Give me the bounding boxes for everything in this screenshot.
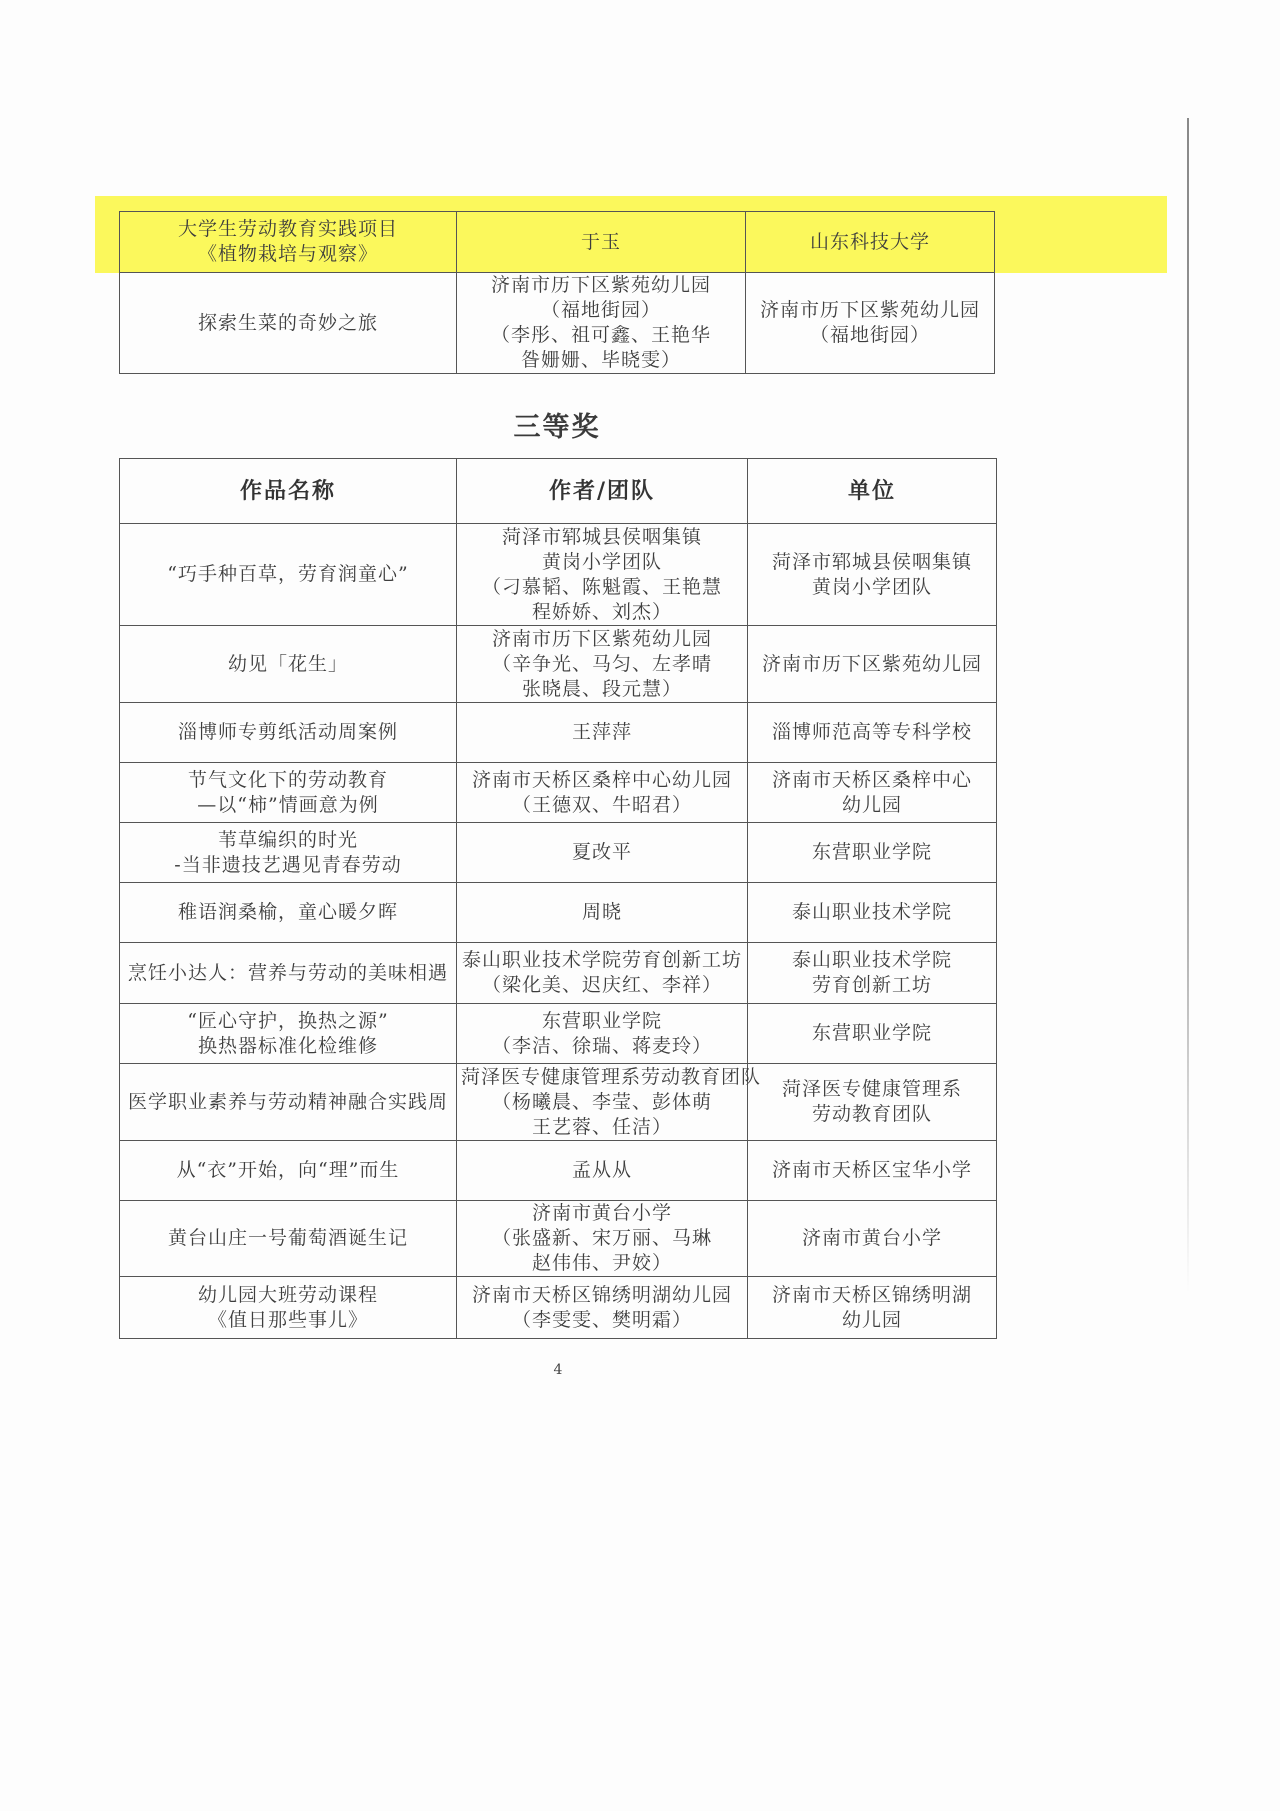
- cell-text-line: （李雯雯、樊明霜）: [461, 1308, 743, 1333]
- cell-text-line: （辛争光、马匀、左孝晴: [461, 652, 743, 677]
- cell-text-line: -当非遗技艺遇见青春劳动: [124, 853, 452, 878]
- cell-text-line: （张盛新、宋万丽、马琳: [461, 1226, 743, 1251]
- cell-text-line: 周晓: [461, 900, 743, 925]
- cell-text-line: 程娇娇、刘杰）: [461, 600, 743, 625]
- cell-unit: 淄博师范高等专科学校: [748, 703, 997, 763]
- cell-text-line: 济南市天桥区桑梓中心: [752, 768, 992, 793]
- cell-text-line: 夏改平: [461, 840, 743, 865]
- cell-text-line: （刁慕韬、陈魁霞、王艳慧: [461, 575, 743, 600]
- table-row: 苇草编织的时光-当非遗技艺遇见青春劳动夏改平东营职业学院: [120, 823, 997, 883]
- cell-text-line: 菏泽医专健康管理系: [752, 1077, 992, 1102]
- cell-text-line: 劳动教育团队: [752, 1102, 992, 1127]
- table-row: 淄博师专剪纸活动周案例王萍萍淄博师范高等专科学校: [120, 703, 997, 763]
- cell-author-team: 泰山职业技术学院劳育创新工坊（梁化美、迟庆红、李祥）: [457, 943, 748, 1004]
- page-edge-rule: [1187, 118, 1189, 1293]
- cell-unit: 泰山职业技术学院: [748, 883, 997, 943]
- cell-text-line: 东营职业学院: [752, 1021, 992, 1046]
- cell-author-team: 周晓: [457, 883, 748, 943]
- table-row: 从“衣”开始，向“理”而生孟从从济南市天桥区宝华小学: [120, 1141, 997, 1201]
- cell-text-line: 济南市历下区紫苑幼儿园: [461, 273, 741, 298]
- cell-author-team: 济南市历下区紫苑幼儿园（福地街园）（李彤、祖可鑫、王艳华昝姗姗、毕晓雯）: [457, 273, 746, 374]
- cell-text-line: “巧手种百草，劳育润童心”: [124, 562, 452, 587]
- cell-work-title: “匠心守护，换热之源”换热器标准化检维修: [120, 1004, 457, 1064]
- cell-work-title: 稚语润桑榆，童心暖夕晖: [120, 883, 457, 943]
- cell-text-line: 大学生劳动教育实践项目: [124, 217, 452, 242]
- cell-author-team: 菏泽市郓城县侯咽集镇黄岗小学团队（刁慕韬、陈魁霞、王艳慧程娇娇、刘杰）: [457, 524, 748, 626]
- cell-text-line: 王艺蓉、任洁）: [461, 1115, 743, 1140]
- cell-text-line: 济南市历下区紫苑幼儿园: [752, 652, 992, 677]
- cell-text-line: 济南市天桥区桑梓中心幼儿园: [461, 768, 743, 793]
- cell-text-line: 换热器标准化检维修: [124, 1034, 452, 1059]
- cell-text-line: 烹饪小达人：营养与劳动的美味相遇: [124, 961, 452, 986]
- cell-work-title: 探索生菜的奇妙之旅: [120, 273, 457, 374]
- header-author-team: 作者/团队: [457, 459, 748, 524]
- table-row: 幼见「花生」济南市历下区紫苑幼儿园（辛争光、马匀、左孝晴张晓晨、段元慧）济南市历…: [120, 626, 997, 703]
- cell-work-title: “巧手种百草，劳育润童心”: [120, 524, 457, 626]
- cell-text-line: （福地街园）: [461, 298, 741, 323]
- cell-text-line: 昝姗姗、毕晓雯）: [461, 348, 741, 373]
- cell-text-line: 黄岗小学团队: [461, 550, 743, 575]
- cell-text-line: 劳育创新工坊: [752, 973, 992, 998]
- cell-text-line: 泰山职业技术学院劳育创新工坊: [461, 948, 743, 973]
- cell-author-team: 孟从从: [457, 1141, 748, 1201]
- page-number: 4: [550, 1362, 566, 1378]
- cell-text-line: （福地街园）: [750, 323, 990, 348]
- cell-unit: 山东科技大学: [746, 212, 995, 273]
- cell-text-line: 王萍萍: [461, 720, 743, 745]
- cell-text-line: 节气文化下的劳动教育: [124, 768, 452, 793]
- header-work-title: 作品名称: [120, 459, 457, 524]
- cell-author-team: 济南市历下区紫苑幼儿园（辛争光、马匀、左孝晴张晓晨、段元慧）: [457, 626, 748, 703]
- cell-text-line: 赵伟伟、尹姣）: [461, 1251, 743, 1276]
- cell-text-line: 济南市黄台小学: [752, 1226, 992, 1251]
- cell-unit: 济南市历下区紫苑幼儿园: [748, 626, 997, 703]
- cell-unit: 菏泽市郓城县侯咽集镇黄岗小学团队: [748, 524, 997, 626]
- cell-text-line: 泰山职业技术学院: [752, 900, 992, 925]
- cell-author-team: 东营职业学院（李洁、徐瑞、蒋麦玲）: [457, 1004, 748, 1064]
- cell-text-line: 幼儿园大班劳动课程: [124, 1283, 452, 1308]
- cell-text-line: 《值日那些事儿》: [124, 1308, 452, 1333]
- cell-author-team: 菏泽医专健康管理系劳动教育团队（杨曦晨、李莹、彭体萌王艺蓉、任洁）: [457, 1064, 748, 1141]
- cell-work-title: 幼见「花生」: [120, 626, 457, 703]
- cell-text-line: 孟从从: [461, 1158, 743, 1183]
- cell-work-title: 医学职业素养与劳动精神融合实践周: [120, 1064, 457, 1141]
- cell-unit: 济南市天桥区宝华小学: [748, 1141, 997, 1201]
- table-row: 大学生劳动教育实践项目《植物栽培与观察》于玉山东科技大学: [120, 212, 995, 273]
- cell-text-line: 淄博师专剪纸活动周案例: [124, 720, 452, 745]
- cell-text-line: 稚语润桑榆，童心暖夕晖: [124, 900, 452, 925]
- cell-text-line: （李彤、祖可鑫、王艳华: [461, 323, 741, 348]
- cell-text-line: 幼儿园: [752, 1308, 992, 1333]
- cell-unit: 济南市黄台小学: [748, 1201, 997, 1277]
- cell-text-line: 东营职业学院: [752, 840, 992, 865]
- cell-author-team: 王萍萍: [457, 703, 748, 763]
- cell-author-team: 济南市天桥区锦绣明湖幼儿园（李雯雯、樊明霜）: [457, 1277, 748, 1339]
- cell-text-line: 淄博师范高等专科学校: [752, 720, 992, 745]
- cell-work-title: 苇草编织的时光-当非遗技艺遇见青春劳动: [120, 823, 457, 883]
- cell-text-line: （梁化美、迟庆红、李祥）: [461, 973, 743, 998]
- cell-work-title: 从“衣”开始，向“理”而生: [120, 1141, 457, 1201]
- cell-work-title: 烹饪小达人：营养与劳动的美味相遇: [120, 943, 457, 1004]
- cell-unit: 泰山职业技术学院劳育创新工坊: [748, 943, 997, 1004]
- cell-text-line: 幼儿园: [752, 793, 992, 818]
- cell-unit: 菏泽医专健康管理系劳动教育团队: [748, 1064, 997, 1141]
- cell-work-title: 黄台山庄一号葡萄酒诞生记: [120, 1201, 457, 1277]
- table-row: “巧手种百草，劳育润童心”菏泽市郓城县侯咽集镇黄岗小学团队（刁慕韬、陈魁霞、王艳…: [120, 524, 997, 626]
- table-row: “匠心守护，换热之源”换热器标准化检维修东营职业学院（李洁、徐瑞、蒋麦玲）东营职…: [120, 1004, 997, 1064]
- cell-work-title: 淄博师专剪纸活动周案例: [120, 703, 457, 763]
- cell-text-line: 探索生菜的奇妙之旅: [124, 311, 452, 336]
- cell-author-team: 济南市黄台小学（张盛新、宋万丽、马琳赵伟伟、尹姣）: [457, 1201, 748, 1277]
- cell-text-line: （王德双、牛昭君）: [461, 793, 743, 818]
- cell-text-line: 从“衣”开始，向“理”而生: [124, 1158, 452, 1183]
- second-prize-table-continuation: 大学生劳动教育实践项目《植物栽培与观察》于玉山东科技大学探索生菜的奇妙之旅济南市…: [119, 211, 995, 374]
- cell-text-line: 幼见「花生」: [124, 652, 452, 677]
- header-unit: 单位: [748, 459, 997, 524]
- cell-work-title: 节气文化下的劳动教育—以“柿”情画意为例: [120, 763, 457, 823]
- cell-text-line: 济南市天桥区锦绣明湖幼儿园: [461, 1283, 743, 1308]
- table-row: 幼儿园大班劳动课程《值日那些事儿》济南市天桥区锦绣明湖幼儿园（李雯雯、樊明霜）济…: [120, 1277, 997, 1339]
- table-row: 医学职业素养与劳动精神融合实践周菏泽医专健康管理系劳动教育团队（杨曦晨、李莹、彭…: [120, 1064, 997, 1141]
- table-row: 黄台山庄一号葡萄酒诞生记济南市黄台小学（张盛新、宋万丽、马琳赵伟伟、尹姣）济南市…: [120, 1201, 997, 1277]
- cell-unit: 东营职业学院: [748, 1004, 997, 1064]
- cell-text-line: （杨曦晨、李莹、彭体萌: [461, 1090, 743, 1115]
- cell-work-title: 幼儿园大班劳动课程《值日那些事儿》: [120, 1277, 457, 1339]
- table-header-row: 作品名称 作者/团队 单位: [120, 459, 997, 524]
- cell-text-line: 济南市天桥区宝华小学: [752, 1158, 992, 1183]
- table-row: 探索生菜的奇妙之旅济南市历下区紫苑幼儿园（福地街园）（李彤、祖可鑫、王艳华昝姗姗…: [120, 273, 995, 374]
- cell-author-team: 济南市天桥区桑梓中心幼儿园（王德双、牛昭君）: [457, 763, 748, 823]
- third-prize-table: 作品名称 作者/团队 单位 “巧手种百草，劳育润童心”菏泽市郓城县侯咽集镇黄岗小…: [119, 458, 997, 1339]
- cell-unit: 济南市历下区紫苑幼儿园（福地街园）: [746, 273, 995, 374]
- cell-text-line: 菏泽市郓城县侯咽集镇: [752, 550, 992, 575]
- cell-text-line: 东营职业学院: [461, 1009, 743, 1034]
- table-row: 烹饪小达人：营养与劳动的美味相遇泰山职业技术学院劳育创新工坊（梁化美、迟庆红、李…: [120, 943, 997, 1004]
- section-title-third-prize: 三等奖: [0, 405, 1114, 444]
- cell-text-line: 于玉: [461, 230, 741, 255]
- table-row: 节气文化下的劳动教育—以“柿”情画意为例济南市天桥区桑梓中心幼儿园（王德双、牛昭…: [120, 763, 997, 823]
- cell-text-line: 《植物栽培与观察》: [124, 242, 452, 267]
- cell-text-line: 菏泽医专健康管理系劳动教育团队: [461, 1065, 743, 1090]
- cell-text-line: 山东科技大学: [750, 230, 990, 255]
- cell-author-team: 于玉: [457, 212, 746, 273]
- cell-text-line: “匠心守护，换热之源”: [124, 1009, 452, 1034]
- cell-text-line: 济南市历下区紫苑幼儿园: [750, 298, 990, 323]
- cell-unit: 东营职业学院: [748, 823, 997, 883]
- cell-text-line: 医学职业素养与劳动精神融合实践周: [124, 1090, 452, 1115]
- cell-text-line: 黄台山庄一号葡萄酒诞生记: [124, 1226, 452, 1251]
- cell-unit: 济南市天桥区桑梓中心幼儿园: [748, 763, 997, 823]
- cell-text-line: 济南市黄台小学: [461, 1201, 743, 1226]
- cell-text-line: （李洁、徐瑞、蒋麦玲）: [461, 1034, 743, 1059]
- cell-text-line: 菏泽市郓城县侯咽集镇: [461, 525, 743, 550]
- cell-text-line: —以“柿”情画意为例: [124, 793, 452, 818]
- cell-work-title: 大学生劳动教育实践项目《植物栽培与观察》: [120, 212, 457, 273]
- cell-text-line: 济南市天桥区锦绣明湖: [752, 1283, 992, 1308]
- table-row: 稚语润桑榆，童心暖夕晖周晓泰山职业技术学院: [120, 883, 997, 943]
- cell-text-line: 济南市历下区紫苑幼儿园: [461, 627, 743, 652]
- cell-text-line: 张晓晨、段元慧）: [461, 677, 743, 702]
- cell-text-line: 泰山职业技术学院: [752, 948, 992, 973]
- cell-text-line: 黄岗小学团队: [752, 575, 992, 600]
- cell-text-line: 苇草编织的时光: [124, 828, 452, 853]
- cell-author-team: 夏改平: [457, 823, 748, 883]
- cell-unit: 济南市天桥区锦绣明湖幼儿园: [748, 1277, 997, 1339]
